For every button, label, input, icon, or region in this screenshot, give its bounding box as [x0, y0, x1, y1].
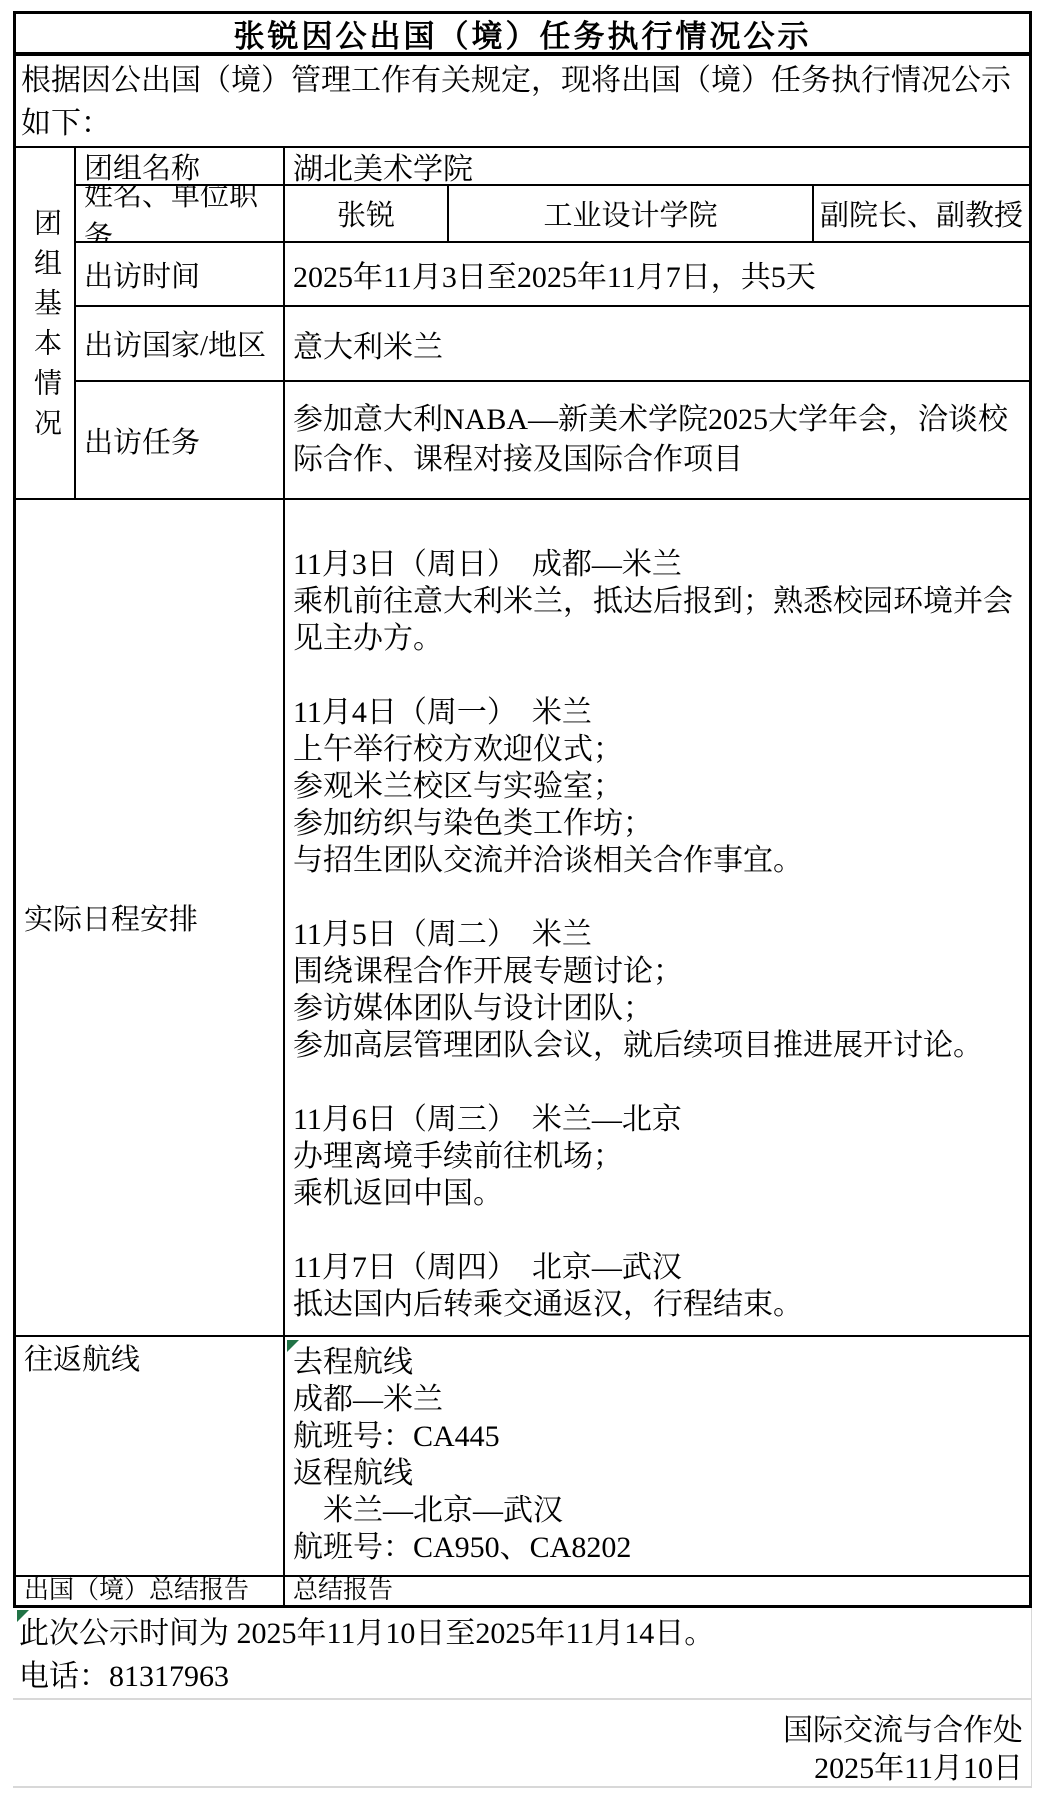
label-route: 往返航线	[16, 1337, 285, 1577]
label-group-name: 团组名称	[76, 148, 285, 186]
signature-block: 国际交流与合作处 2025年11月10日	[13, 1700, 1032, 1788]
cell-comment-marker-icon	[17, 1610, 29, 1622]
value-task: 参加意大利NABA—新美术学院2025大学年会，洽谈校际合作、课程对接及国际合作…	[285, 382, 1029, 500]
contact-phone-line: 电话：81317963	[19, 1655, 1031, 1698]
value-country: 意大利米兰	[285, 307, 1029, 382]
label-summary-report: 出国（境）总结报告	[16, 1577, 285, 1605]
section-label-group-basic-info: 团组基本情况	[16, 148, 76, 500]
value-visit-time: 2025年11月3日至2025年11月7日，共5天	[285, 243, 1029, 307]
signature-department: 国际交流与合作处	[13, 1712, 1023, 1750]
label-schedule: 实际日程安排	[16, 500, 285, 1337]
value-summary-report: 总结报告	[285, 1577, 1029, 1605]
label-task: 出访任务	[76, 382, 285, 500]
value-person-title: 副院长、副教授	[814, 186, 1029, 243]
label-country: 出访国家/地区	[76, 307, 285, 382]
notice-document-page: 张锐因公出国（境）任务执行情况公示 根据因公出国（境）管理工作有关规定，现将出国…	[0, 0, 1046, 1798]
publicity-period-line: 此次公示时间为 2025年11月10日至2025年11月14日。	[19, 1612, 1031, 1655]
cell-comment-marker-icon	[287, 1340, 299, 1352]
value-route: 去程航线 成都—米兰 航班号：CA445 返程航线 米兰—北京—武汉 航班号：C…	[285, 1337, 1029, 1577]
label-visit-time: 出访时间	[76, 243, 285, 307]
value-group-name: 湖北美术学院	[285, 148, 1029, 186]
value-person-name: 张锐	[285, 186, 449, 243]
notice-table: 张锐因公出国（境）任务执行情况公示 根据因公出国（境）管理工作有关规定，现将出国…	[13, 11, 1032, 1608]
intro-paragraph: 根据因公出国（境）管理工作有关规定，现将出国（境）任务执行情况公示如下：	[16, 56, 1029, 148]
publicity-period-block: 此次公示时间为 2025年11月10日至2025年11月14日。 电话：8131…	[13, 1608, 1032, 1700]
document-title: 张锐因公出国（境）任务执行情况公示	[16, 14, 1029, 56]
value-schedule: 11月3日（周日） 成都—米兰 乘机前往意大利米兰，抵达后报到；熟悉校园环境并会…	[285, 500, 1029, 1337]
label-person: 姓名、单位职务	[76, 186, 285, 243]
signature-date: 2025年11月10日	[13, 1750, 1023, 1788]
value-person-unit: 工业设计学院	[449, 186, 814, 243]
